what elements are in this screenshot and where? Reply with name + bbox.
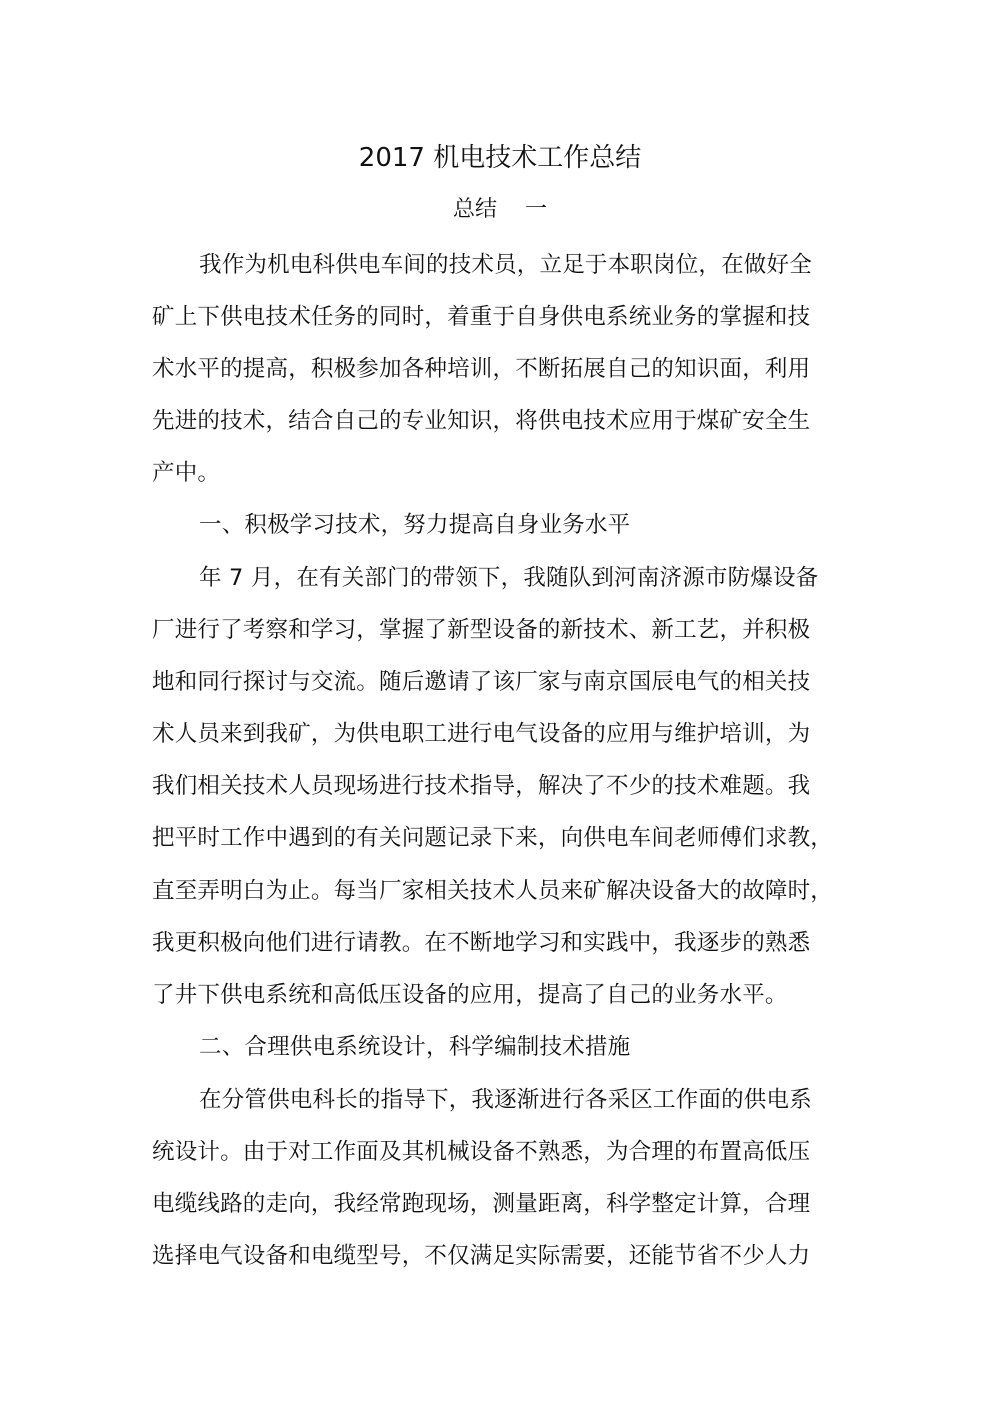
body-line: 我们相关技术人员现场进行技术指导，解决了不少的技术难题。我 xyxy=(152,770,810,802)
body-line: 了井下供电系统和高低压设备的应用，提高了自己的业务水平。 xyxy=(152,979,788,1011)
document-subtitle: 总结一 xyxy=(0,195,1000,225)
body-line: 我更积极向他们进行请教。在不断地学习和实践中，我逐步的熟悉 xyxy=(152,927,810,959)
body-line: 产中。 xyxy=(152,457,220,489)
body-line: 直至弄明白为止。每当厂家相关技术人员来矿解决设备大的故障时， xyxy=(152,875,833,907)
subtitle-label: 总结 xyxy=(453,197,497,222)
body-line: 地和同行探讨与交流。随后邀请了该厂家与南京国辰电气的相关技 xyxy=(152,666,810,698)
body-line: 先进的技术，结合自己的专业知识，将供电技术应用于煤矿安全生 xyxy=(152,405,810,437)
body-line: 厂进行了考察和学习，掌握了新型设备的新技术、新工艺，并积极 xyxy=(152,614,810,646)
section-heading: 二、合理供电系统设计，科学编制技术措施 xyxy=(199,1031,630,1063)
document-title: 2017 机电技术工作总结 xyxy=(0,140,1000,176)
body-line: 矿上下供电技术任务的同时，着重于自身供电系统业务的掌握和技 xyxy=(152,301,810,333)
subtitle-number: 一 xyxy=(525,197,547,222)
body-line: 我作为机电科供电车间的技术员，立足于本职岗位，在做好全 xyxy=(199,249,812,281)
body-line: 电缆线路的走向，我经常跑现场，测量距离，科学整定计算，合理 xyxy=(152,1188,810,1220)
body-line: 术水平的提高，积极参加各种培训，不断拓展自己的知识面，利用 xyxy=(152,353,810,385)
document-page: 2017 机电技术工作总结 总结一 我作为机电科供电车间的技术员，立足于本职岗位… xyxy=(0,0,1000,1415)
section-heading: 一、积极学习技术，努力提高自身业务水平 xyxy=(199,509,630,541)
body-line: 年 7 月，在有关部门的带领下，我随队到河南济源市防爆设备 xyxy=(199,562,818,594)
body-line: 术人员来到我矿，为供电职工进行电气设备的应用与维护培训，为 xyxy=(152,718,810,750)
body-line: 在分管供电科长的指导下，我逐渐进行各采区工作面的供电系 xyxy=(199,1084,812,1116)
body-line: 选择电气设备和电缆型号，不仅满足实际需要，还能节省不少人力 xyxy=(152,1240,810,1272)
body-line: 把平时工作中遇到的有关问题记录下来，向供电车间老师傅们求教， xyxy=(152,822,833,854)
body-line: 统设计。由于对工作面及其机械设备不熟悉，为合理的布置高低压 xyxy=(152,1136,810,1168)
